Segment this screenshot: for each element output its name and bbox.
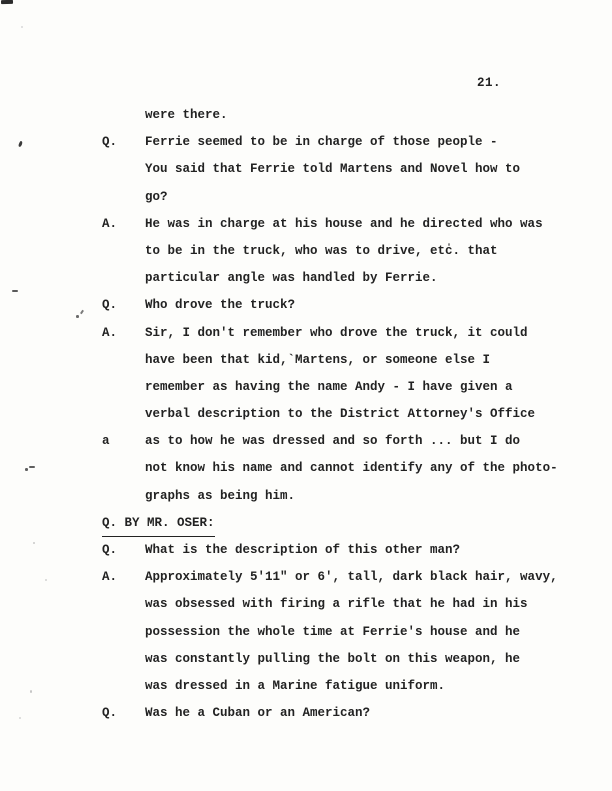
line-text: Sir, I don't remember who drove the truc… [145, 320, 570, 347]
transcript-line: verbal description to the District Attor… [100, 401, 570, 428]
speaker-label [100, 102, 145, 129]
transcript-line: A.He was in charge at his house and he d… [100, 211, 570, 238]
transcript-line: was dressed in a Marine fatigue uniform. [100, 673, 570, 700]
line-text: not know his name and cannot identify an… [145, 455, 570, 482]
line-text: remember as having the name Andy - I hav… [145, 374, 570, 401]
transcript-line: was obsessed with firing a rifle that he… [100, 591, 570, 618]
transcript-line: not know his name and cannot identify an… [100, 455, 570, 482]
scan-artifact-dash [29, 466, 35, 468]
speaker-label: A. [100, 564, 145, 591]
transcript-line: aas to how he was dressed and so forth .… [100, 428, 570, 455]
scan-artifact-corner-bar [1, 0, 13, 4]
speaker-label: Q. [100, 537, 145, 564]
document-page: 21. were there.Q.Ferrie seemed to be in … [0, 0, 612, 791]
transcript-line: Q.Was he a Cuban or an American? [100, 700, 570, 727]
scan-artifact-faint-dot [21, 26, 23, 28]
transcript-line: A.Approximately 5'11" or 6', tall, dark … [100, 564, 570, 591]
speaker-label [100, 455, 145, 482]
line-text: have been that kid,`Martens, or someone … [145, 347, 570, 374]
speaker-label [100, 156, 145, 183]
line-text: Approximately 5'11" or 6', tall, dark bl… [145, 564, 570, 591]
speaker-label [100, 347, 145, 374]
speaker-label: A. [100, 320, 145, 347]
line-text: verbal description to the District Attor… [145, 401, 570, 428]
line-text: graphs as being him. [145, 483, 570, 510]
transcript-line: were there. [100, 102, 570, 129]
transcript-line: remember as having the name Andy - I hav… [100, 374, 570, 401]
line-text: was dressed in a Marine fatigue uniform. [145, 673, 570, 700]
line-text: possession the whole time at Ferrie's ho… [145, 619, 570, 646]
line-text: go? [145, 184, 570, 211]
speaker-label [100, 591, 145, 618]
speaker-label [100, 646, 145, 673]
line-text: Who drove the truck? [145, 292, 570, 319]
speaker-label [100, 401, 145, 428]
speaker-label: Q. [100, 129, 145, 156]
scan-artifact-tick [18, 141, 23, 148]
transcript-line: have been that kid,`Martens, or someone … [100, 347, 570, 374]
transcript-body: were there.Q.Ferrie seemed to be in char… [100, 102, 570, 727]
scan-artifact-faint-dot [33, 542, 35, 544]
scan-artifact-tick-small [80, 310, 84, 314]
transcript-line: graphs as being him. [100, 483, 570, 510]
speaker-label [100, 238, 145, 265]
speaker-label [100, 184, 145, 211]
speaker-label [100, 265, 145, 292]
transcript-line: possession the whole time at Ferrie's ho… [100, 619, 570, 646]
line-text: was obsessed with firing a rifle that he… [145, 591, 570, 618]
line-text: Was he a Cuban or an American? [145, 700, 570, 727]
transcript-line: go? [100, 184, 570, 211]
page-number: 21. [477, 76, 501, 91]
scan-artifact-faint-dot [45, 579, 47, 581]
section-heading: Q. BY MR. OSER: [100, 510, 570, 537]
line-text: were there. [145, 102, 570, 129]
speaker-label [100, 673, 145, 700]
speaker-label: A. [100, 211, 145, 238]
speaker-label: Q. [100, 292, 145, 319]
speaker-label [100, 483, 145, 510]
transcript-line: Q.Ferrie seemed to be in charge of those… [100, 129, 570, 156]
speaker-label: a [100, 428, 145, 455]
line-text: to be in the truck, who was to drive, et… [145, 238, 570, 265]
line-text: Ferrie seemed to be in charge of those p… [145, 129, 570, 156]
transcript-line: to be in the truck, who was to drive, et… [100, 238, 570, 265]
transcript-line: Q.What is the description of this other … [100, 537, 570, 564]
line-text: particular angle was handled by Ferrie. [145, 265, 570, 292]
speaker-label [100, 619, 145, 646]
speaker-label [100, 374, 145, 401]
line-text: You said that Ferrie told Martens and No… [145, 156, 570, 183]
line-text: What is the description of this other ma… [145, 537, 570, 564]
transcript-line: was constantly pulling the bolt on this … [100, 646, 570, 673]
transcript-line: You said that Ferrie told Martens and No… [100, 156, 570, 183]
transcript-line: particular angle was handled by Ferrie. [100, 265, 570, 292]
line-text: was constantly pulling the bolt on this … [145, 646, 570, 673]
scan-artifact-margin-dash [12, 290, 18, 292]
section-heading-text: Q. BY MR. OSER: [102, 510, 215, 537]
scan-artifact-dot [25, 468, 28, 471]
scan-artifact-faint-dot [30, 690, 32, 693]
line-text: as to how he was dressed and so forth ..… [145, 428, 570, 455]
transcript-line: A.Sir, I don't remember who drove the tr… [100, 320, 570, 347]
scan-artifact-faint-dot [19, 717, 21, 719]
speaker-label: Q. [100, 700, 145, 727]
scan-artifact-dot [76, 315, 79, 318]
line-text: He was in charge at his house and he dir… [145, 211, 570, 238]
transcript-line: Q.Who drove the truck? [100, 292, 570, 319]
